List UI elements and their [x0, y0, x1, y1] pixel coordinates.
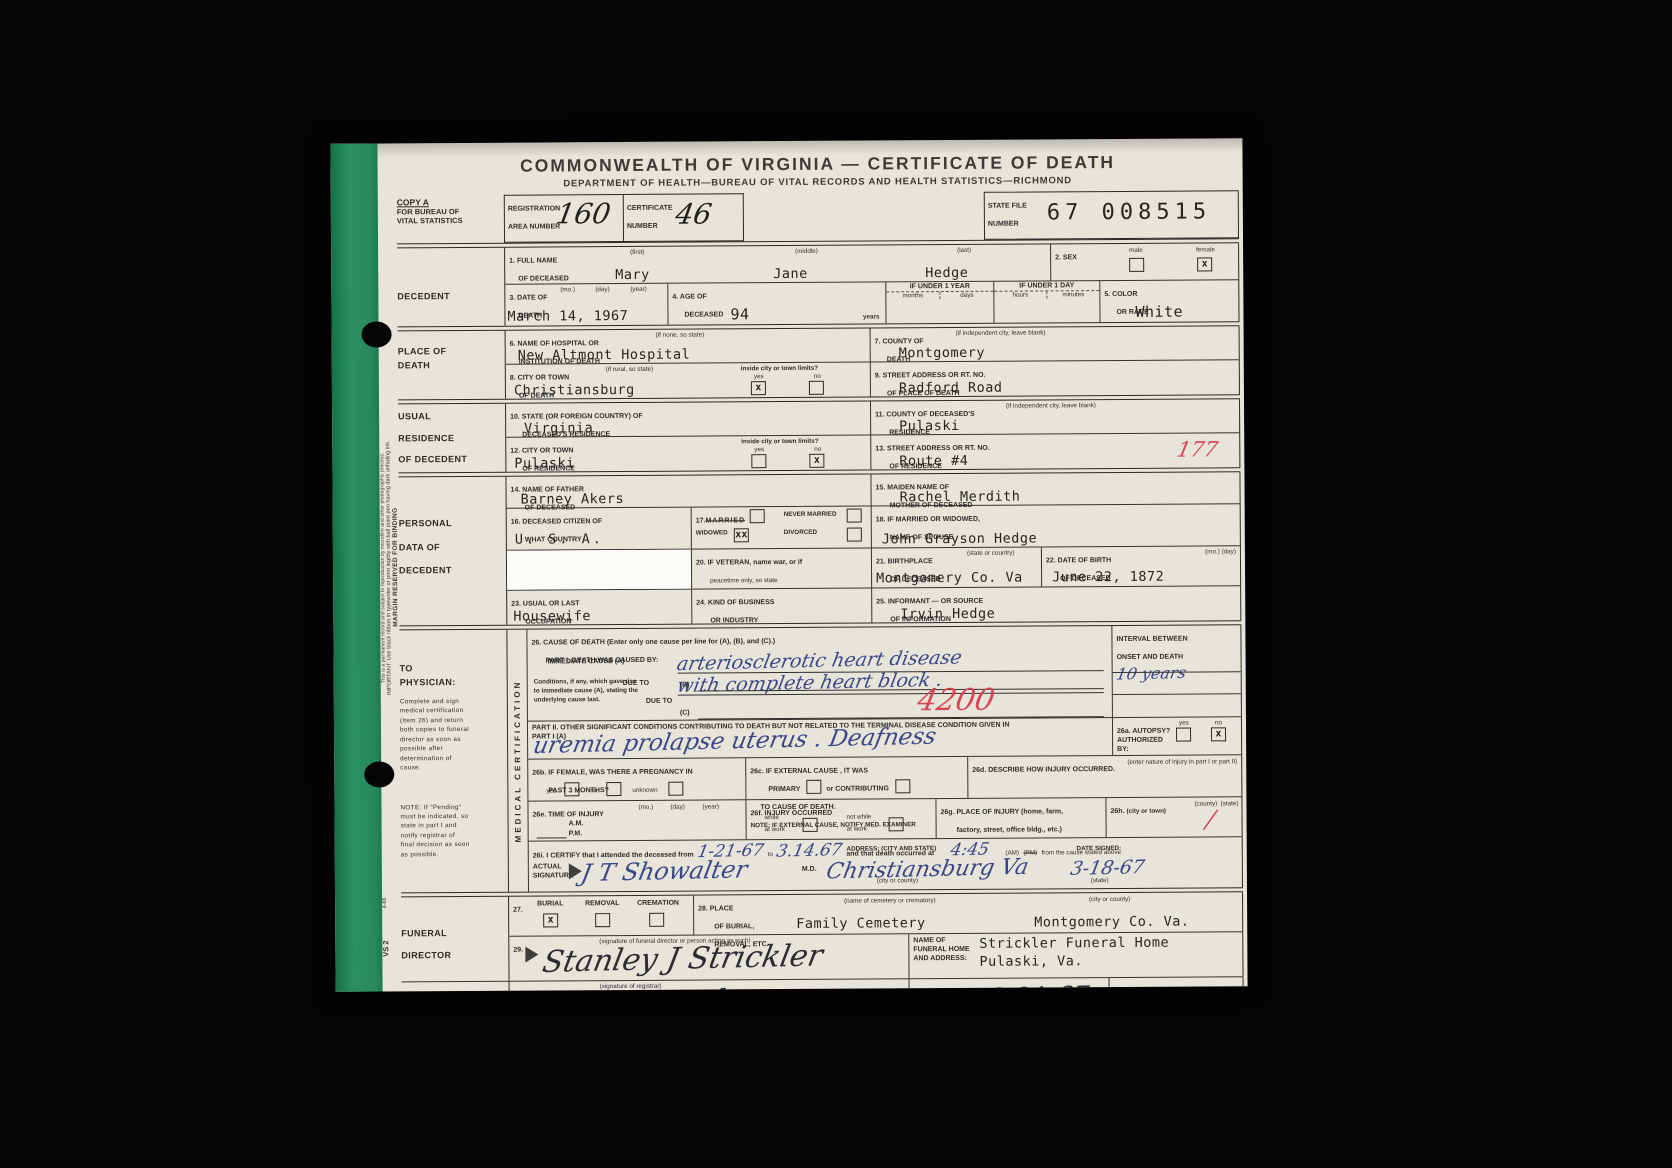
section-label-usual-residence: USUAL RESIDENCE OF DECEDENT — [398, 404, 505, 473]
section-place-of-death: PLACE OF DEATH 6. NAME OF HOSPITAL OR (i… — [398, 326, 1240, 399]
field-place-of-injury: 26g. PLACE OF INJURY (home, farm, factor… — [936, 798, 1106, 838]
registration-area-number-value: 160 — [554, 197, 613, 230]
red-annotation-177: 177 — [1175, 437, 1220, 461]
field-full-name: 1. FULL NAME OF DECEASED (first) (middle… — [505, 244, 1051, 283]
widowed-checkbox: xx — [734, 528, 749, 542]
external-contributing-checkbox — [895, 779, 910, 793]
registration-row: COPY A FOR BUREAU OF VITAL STATISTICS RE… — [397, 190, 1239, 243]
field-residence-state: 10. STATE (OR FOREIGN COUNTRY) OF DECEAS… — [506, 401, 871, 436]
field-date-of-death: 3. DATE OF (mo.) (day) (year) DEATH Marc… — [505, 284, 668, 326]
married-checkbox — [750, 509, 765, 523]
autopsy-no-checkbox: x — [1211, 727, 1226, 741]
section-label-place-of-death: PLACE OF DEATH — [398, 331, 505, 400]
field-birthplace: 21. BIRTHPLACE (state or country) OF DEC… — [872, 547, 1042, 587]
divorced-checkbox — [847, 528, 862, 542]
never-married-checkbox — [847, 509, 862, 523]
not-while-at-work-checkbox — [889, 817, 904, 831]
limits2-yes-checkbox — [751, 454, 766, 468]
field-if-under-1-day: IF UNDER 1 DAY hours minutes — [994, 281, 1100, 323]
hospital-value: New Altmont Hospital — [518, 347, 691, 364]
field-funeral-director-signature: 29. (signature of funeral director or pe… — [509, 934, 909, 980]
date-filed-value: 3-21-67 — [985, 981, 1091, 991]
burial-city-value: Montgomery Co. Va. — [1034, 914, 1189, 931]
field-sex: 2. SEX male female x — [1051, 243, 1238, 280]
certificate-title: COMMONWEALTH OF VIRGINIA — CERTIFICATE O… — [396, 143, 1238, 177]
field-if-under-1-year: IF UNDER 1 YEAR months days — [886, 282, 994, 324]
citizen-value: U. S. A. — [515, 531, 604, 548]
section-medical-certification: TO PHYSICIAN: Complete and sign medical … — [399, 625, 1243, 892]
field-residence-city: 12. CITY OR TOWN OF RESIDENCE Pulaski in… — [506, 435, 871, 471]
field-certification: 26i. I CERTIFY that I attended the decea… — [529, 837, 1242, 891]
field-time-of-injury: 26e. TIME OF INJURY (mo.) (day) (year) A… — [528, 800, 746, 840]
field-veteran: 20. IF VETERAN, name war, or if peacetim… — [692, 548, 872, 588]
field-place-of-burial: 28. PLACE OF BURIAL, REMOVAL, ETC. (name… — [694, 892, 1242, 934]
removal-checkbox — [595, 913, 610, 927]
field-street-of-death: 9. STREET ADDRESS OR RT. NO. OF PLACE OF… — [871, 360, 1239, 396]
sex-male-checkbox — [1129, 258, 1144, 272]
signature-arrow-icon — [525, 947, 538, 963]
birthplace-value: Montgomery Co. Va — [876, 570, 1023, 587]
mother-value: Rachel Merdith — [900, 489, 1021, 506]
physician-signature: J T Showalter — [579, 854, 805, 887]
state-file-number: STATE FILE NUMBER 67 008515 — [984, 190, 1239, 240]
form-revision: 4-66 — [382, 895, 388, 913]
limits-no-checkbox — [809, 381, 824, 395]
limits2-no-checkbox: x — [809, 454, 824, 468]
father-value: Barney Akers — [521, 491, 625, 508]
field-spouse: 18. IF MARRIED OR WIDOWED, NAME OF SPOUS… — [872, 504, 1240, 547]
external-primary-checkbox — [807, 780, 822, 794]
burial-checkbox: x — [543, 913, 558, 927]
death-certificate-scan: This is a permanent record and subject t… — [330, 138, 1247, 992]
residence-city-value: Pulaski — [514, 455, 575, 471]
copy-label: COPY A FOR BUREAU OF VITAL STATISTICS — [397, 195, 504, 244]
field-county-of-death: 7. COUNTY OF (if independent city, leave… — [871, 326, 1239, 361]
decedent-middle-name: Jane — [773, 266, 808, 282]
occupation-value: Housewife — [513, 608, 591, 624]
field-marital-status: 17.MARRIED NEVER MARRIED WIDOWED xx DIVO… — [692, 506, 872, 548]
field-funeral-home: NAME OF FUNERAL HOME AND ADDRESS: Strick… — [909, 932, 1242, 978]
field-injury-location: 26h. (city or town) (county) (state) / — [1106, 797, 1241, 837]
field-cause-of-death: 26. CAUSE OF DEATH (Enter only one cause… — [527, 626, 1113, 721]
field-registrar-signature: 30. (signature of registrar) Sandra Pugh — [510, 979, 910, 992]
registrar-signature: Sandra Pugh — [540, 983, 737, 992]
cemetery-value: Family Cemetery — [796, 915, 926, 932]
section-label-funeral-director: FUNERAL DIRECTOR — [401, 897, 509, 982]
residence-state-value: Virginia — [524, 420, 593, 436]
race-value: White — [1135, 303, 1183, 321]
section-personal-data: PERSONAL DATA OF DECEDENT 14. NAME OF FA… — [398, 472, 1241, 625]
field-residence-street: 13. STREET ADDRESS OR RT. NO. OF RESIDEN… — [871, 433, 1239, 469]
date-of-death-value: March 14, 1967 — [507, 308, 628, 325]
section-decedent: DECEDENT 1. FULL NAME OF DECEASED (first… — [397, 243, 1239, 326]
field-informant: 25. INFORMANT — OR SOURCE OF INFORMATION… — [872, 586, 1240, 622]
date-of-birth-value: June 22, 1872 — [1052, 569, 1164, 586]
pregnancy-no-checkbox — [606, 782, 621, 796]
street-of-death-value: Radford Road — [899, 380, 1003, 397]
field-city-of-death: 8. CITY OR TOWN (if rural, so state) OF … — [506, 362, 871, 398]
section-label-decedent: DECEDENT — [397, 248, 504, 327]
binding-strip — [330, 144, 382, 992]
field-date-of-birth: 22. DATE OF BIRTH (mo.) (day) OF DECEASE… — [1042, 546, 1240, 586]
field-hospital: 6. NAME OF HOSPITAL OR (if none, so stat… — [506, 328, 871, 363]
city-of-death-value: Christiansburg — [514, 382, 635, 399]
field-interval: INTERVAL BETWEEN ONSET AND DEATH 10 year… — [1112, 625, 1241, 717]
red-slash-mark: / — [1204, 805, 1218, 833]
state-file-number-value: 67 008515 — [1047, 199, 1211, 225]
certificate-subtitle: DEPARTMENT OF HEALTH—BUREAU OF VITAL REC… — [397, 174, 1239, 190]
field-father: 14. NAME OF FATHER OF DECEASED Barney Ak… — [506, 474, 871, 507]
field-part2-conditions: PART II. OTHER SIGNIFICANT CONDITIONS CO… — [528, 718, 1113, 759]
informant-value: Irvin Hedge — [900, 606, 995, 623]
sex-female-checkbox: x — [1197, 257, 1212, 271]
section-label-personal-data: PERSONAL DATA OF DECEDENT — [398, 477, 506, 626]
funeral-director-signature: Stanley J Strickler — [540, 938, 826, 980]
section-label-registrar: REGISTRAR — [402, 982, 509, 992]
residence-county-value: Pulaski — [899, 418, 960, 434]
field-disposition: 27. BURIAL x REMOVAL CREMATION — [509, 896, 694, 936]
residence-street-value: Route #4 — [899, 453, 968, 469]
field-color-or-race: 5. COLOR OR RACE White — [1100, 280, 1238, 322]
form-code: VS 2 — [381, 940, 390, 961]
decedent-last-name: Hedge — [925, 265, 968, 281]
section-label-medical: TO PHYSICIAN: Complete and sign medical … — [399, 630, 508, 893]
red-annotation-4200: 4200 — [914, 683, 998, 719]
pregnancy-unknown-checkbox — [668, 782, 683, 796]
field-mother: 15. MAIDEN NAME OF MOTHER OF DECEASED Ra… — [871, 472, 1239, 505]
field-age: 4. AGE OF DECEASED 94 years — [668, 282, 886, 324]
field-citizen: 16. DECEASED CITIZEN OF WHAT COUNTRY U. … — [507, 508, 692, 550]
decedent-first-name: Mary — [615, 267, 650, 283]
autopsy-yes-checkbox — [1176, 728, 1191, 742]
registration-area-number: REGISTRATION AREA NUMBER 160 — [504, 194, 624, 243]
field-external-cause: 26c. IF EXTERNAL CAUSE , IT WAS PRIMARY … — [746, 757, 968, 799]
medical-certification-vertical-label: MEDICAL CERTIFICATION — [507, 630, 529, 892]
cause-a-line2: with complete heart block . — [675, 669, 944, 697]
certificate-number-value: 46 — [673, 197, 714, 230]
field-residence-county: 11. COUNTY OF DECEASED'S (if independent… — [871, 399, 1239, 434]
field-injury-occurred: 26f. INJURY OCCURRED while at work not w… — [746, 799, 936, 839]
section-usual-residence: USUAL RESIDENCE OF DECEDENT 10. STATE (O… — [398, 399, 1240, 472]
field-business: 24. KIND OF BUSINESS OR INDUSTRY — [692, 588, 872, 623]
funeral-home-city: Pulaski, Va. — [979, 953, 1083, 970]
spouse-value: John Grayson Hedge — [882, 530, 1037, 547]
while-at-work-checkbox — [803, 818, 818, 832]
age-value: 94 — [730, 305, 749, 323]
field-occupation: 23. USUAL OR LAST OCCUPATION Housewife — [507, 590, 692, 625]
physician-address: Christiansburg Va — [824, 854, 1031, 884]
interval-value: 10 years — [1115, 663, 1188, 684]
field-date-filed: DATE RECORD FILED: 3-21-67 — [910, 978, 1110, 992]
field-autopsy: 26a. AUTOPSY? yes no x AUTHORIZED BY: — [1113, 717, 1241, 755]
field-pregnancy: 26b. IF FEMALE, WAS THERE A PREGNANCY IN… — [528, 758, 746, 800]
pregnancy-yes-checkbox — [564, 782, 579, 796]
field-how-injury: 26d. DESCRIBE HOW INJURY OCCURRED. (ente… — [968, 755, 1241, 798]
section-funeral-director: FUNERAL DIRECTOR 27. BURIAL x REMOVAL CR… — [401, 892, 1243, 981]
certificate-number: CERTIFICATE NUMBER 46 — [624, 193, 744, 242]
funeral-home-name: Strickler Funeral Home — [979, 935, 1169, 952]
cremation-checkbox — [649, 913, 664, 927]
limits-yes-checkbox: x — [751, 381, 766, 395]
whiteout-patch — [507, 550, 692, 590]
county-of-death-value: Montgomery — [899, 345, 985, 362]
